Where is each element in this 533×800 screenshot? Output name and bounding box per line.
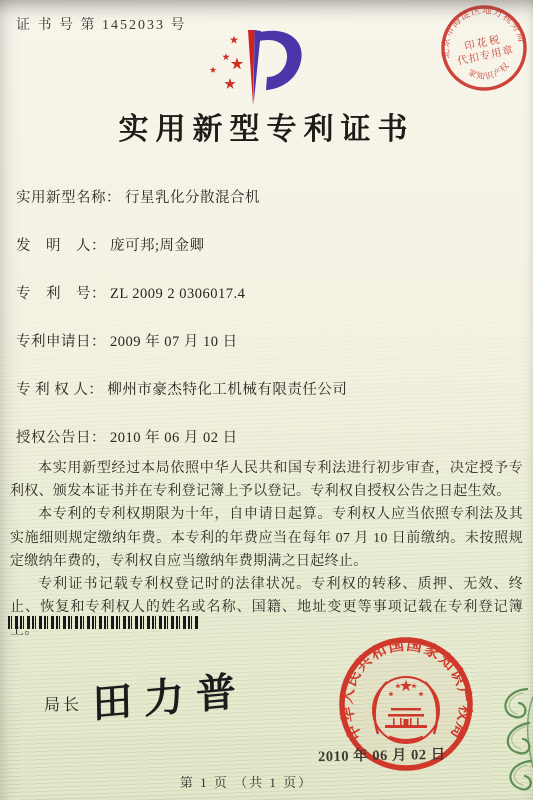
- logo-purple-stem: [254, 30, 262, 105]
- field-grant-date: 授权公告日：2010 年 06 月 02 日: [16, 430, 517, 446]
- barcode: [8, 616, 198, 629]
- field-label: 专利申请日：: [16, 334, 106, 350]
- field-patent-number: 专 利 号：ZL 2009 2 0306017.4: [16, 286, 517, 302]
- certificate-fields: 实用新型名称：行星乳化分散混合机 发 明 人：庞可邦;周金卿 专 利 号：ZL …: [16, 190, 517, 478]
- director-title-label: 局长: [44, 692, 82, 715]
- stamp-tax-seal-icon: 北京市海淀区地方税务局 印花税 代扣专用章 国家知识产权局: [436, 0, 532, 96]
- sipo-logo-icon: [193, 28, 341, 108]
- logo-purple-bowl: [259, 31, 302, 90]
- field-inventors: 发 明 人：庞可邦;周金卿: [16, 238, 517, 254]
- legal-text: 本实用新型经过本局依照中华人民共和国专利法进行初步审查，决定授予专利权、颁发本证…: [10, 457, 523, 643]
- patent-certificate-page: 证 书 号 第 1452033 号 北京市海淀区地方税务局 印花税 代扣专用章: [0, 0, 533, 800]
- field-label: 发 明 人：: [16, 238, 106, 254]
- field-value: 庞可邦;周金卿: [110, 238, 205, 254]
- certificate-number: 证 书 号 第 1452033 号: [16, 14, 187, 34]
- legal-paragraph-2: 本专利的专利权期限为十年，自申请日起算。专利权人应当依照专利法及其实施细则规定缴…: [10, 503, 523, 573]
- guilloche-ornament-icon: [473, 683, 533, 800]
- legal-paragraph-1: 本实用新型经过本局依照中华人民共和国专利法进行初步审查，决定授予专利权、颁发本证…: [10, 457, 523, 503]
- director-signature: 田力普: [92, 659, 248, 730]
- field-value: 2009 年 07 月 10 日: [110, 334, 238, 350]
- field-value: 2010 年 06 月 02 日: [110, 430, 238, 446]
- logo-red-wedge: [248, 30, 255, 105]
- sipo-official-seal-icon: 中华人民共和国国家知识产权局: [330, 624, 482, 792]
- field-value: ZL 2009 2 0306017.4: [110, 286, 245, 302]
- seal-date: 2010 年 06 月 02 日: [318, 743, 446, 766]
- field-label: 实用新型名称：: [16, 190, 121, 206]
- field-application-date: 专利申请日：2009 年 07 月 10 日: [16, 334, 517, 350]
- page-number: 第 1 页 （共 1 页）: [0, 772, 493, 791]
- field-patentee: 专 利 权 人：柳州市豪杰特化工机械有限责任公司: [16, 382, 517, 398]
- field-label: 专 利 权 人：: [16, 382, 103, 398]
- certificate-title: 实用新型专利证书: [0, 104, 533, 148]
- field-value: 柳州市豪杰特化工机械有限责任公司: [107, 382, 347, 398]
- field-label: 专 利 号：: [16, 286, 106, 302]
- field-value: 行星乳化分散混合机: [125, 190, 260, 206]
- field-utility-model-name: 实用新型名称：行星乳化分散混合机: [16, 190, 517, 206]
- field-label: 授权公告日：: [16, 430, 106, 446]
